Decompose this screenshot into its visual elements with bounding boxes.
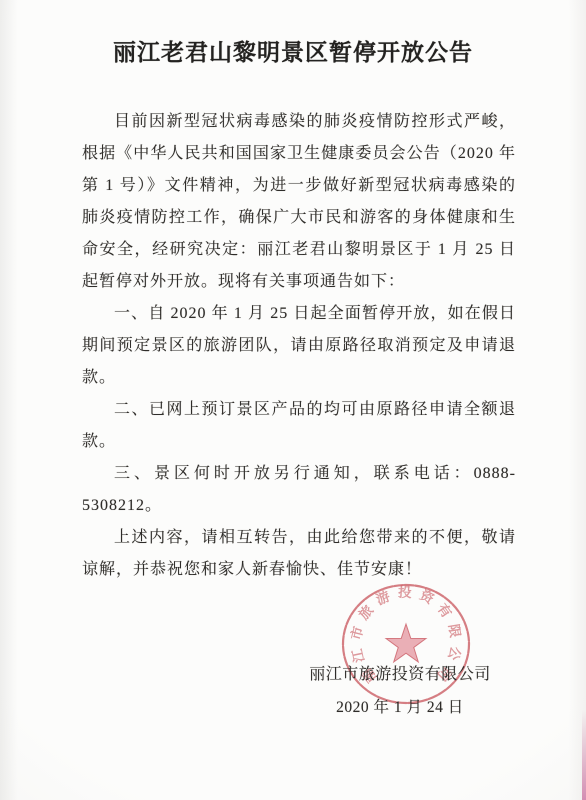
paragraph-item-2: 二、已网上预订景区产品的均可由原路径申请全额退款。 bbox=[82, 394, 516, 458]
signature-date: 2020 年 1 月 24 日 bbox=[300, 691, 500, 724]
paragraph-intro: 目前因新型冠状病毒感染的肺炎疫情防控形式严峻，根据《中华人民共和国国家卫生健康委… bbox=[82, 106, 516, 298]
paragraph-item-3: 三、景区何时开放另行通知，联系电话：0888-5308212。 bbox=[82, 458, 516, 522]
notice-body: 目前因新型冠状病毒感染的肺炎疫情防控形式严峻，根据《中华人民共和国国家卫生健康委… bbox=[82, 106, 516, 586]
signature-block: 丽江市旅游投资有限公司 2020 年 1 月 24 日 bbox=[300, 658, 500, 724]
star-icon bbox=[386, 624, 426, 662]
paragraph-item-1: 一、自 2020 年 1 月 25 日起全面暂停开放，如在假日期间预定景区的旅游… bbox=[82, 298, 516, 394]
document-page: 丽江老君山黎明景区暂停开放公告 目前因新型冠状病毒感染的肺炎疫情防控形式严峻，根… bbox=[0, 0, 586, 800]
signature-company-name: 丽江市旅游投资有限公司 bbox=[300, 658, 500, 691]
scan-edge-artifact bbox=[582, 710, 586, 800]
notice-title: 丽江老君山黎明景区暂停开放公告 bbox=[0, 0, 586, 68]
paragraph-closing: 上述内容，请相互转告，由此给您带来的不便，敬请谅解，并恭祝您和家人新春愉快、佳节… bbox=[82, 522, 516, 586]
